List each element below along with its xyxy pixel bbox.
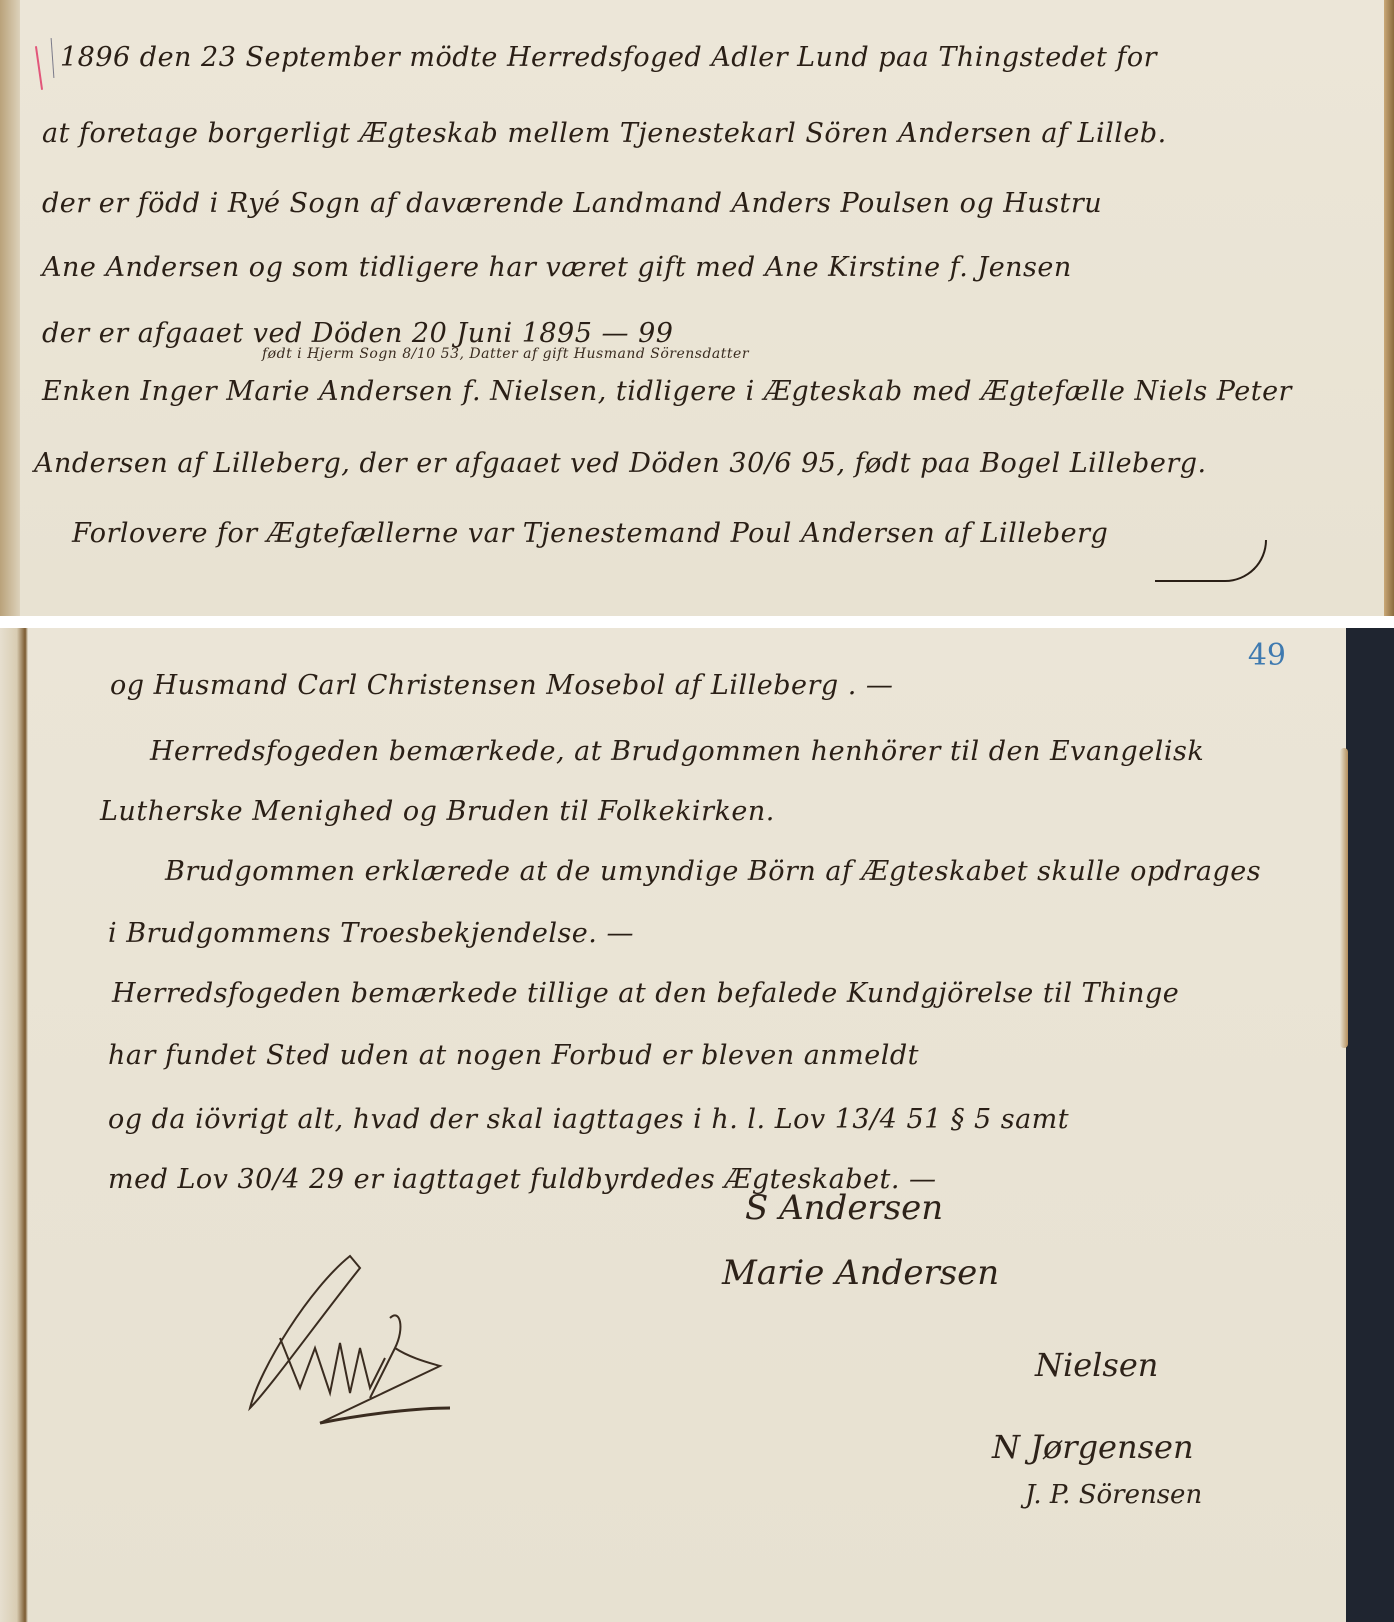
- text-line-13: i Brudgommens Troesbekjendelse. —: [108, 918, 634, 949]
- signature-witness-2: N Jørgensen: [992, 1428, 1194, 1466]
- text-line-9: og Husmand Carl Christensen Mosebol af L…: [110, 670, 893, 701]
- page-edge: [0, 0, 20, 616]
- text-line-5: der er afgaaet ved Döden 20 Juni 1895 — …: [42, 318, 673, 349]
- page-gutter: [0, 628, 28, 1622]
- text-line-3: der er född i Ryé Sogn af daværende Land…: [42, 188, 1102, 219]
- text-line-12: Brudgommen erklærede at de umyndige Börn…: [165, 856, 1261, 887]
- signature-bride: Marie Andersen: [722, 1253, 999, 1293]
- image-divider: [0, 616, 1394, 628]
- text-line-7: Andersen af Lilleberg, der er afgaaet ve…: [34, 448, 1207, 479]
- pencil-margin-mark: [51, 38, 55, 78]
- text-line-2: at foretage borgerligt Ægteskab mellem T…: [42, 118, 1167, 149]
- text-line-16: og da iövrigt alt, hvad der skal iagttag…: [108, 1104, 1069, 1135]
- official-signature-flourish: [220, 1248, 460, 1428]
- red-margin-mark: [35, 46, 43, 90]
- text-line-10: Herredsfogeden bemærkede, at Brudgommen …: [150, 736, 1204, 767]
- text-line-14: Herredsfogeden bemærkede tillige at den …: [112, 978, 1179, 1009]
- interlinear-note: født i Hjerm Sogn 8/10 53, Datter af gif…: [262, 346, 749, 362]
- text-line-11: Lutherske Menighed og Bruden til Folkeki…: [100, 796, 775, 827]
- top-register-page: 1896 den 23 September mödte Herredsfoged…: [0, 0, 1394, 616]
- signature-witness-3: J. P. Sörensen: [1025, 1480, 1202, 1510]
- page-number-stamp: 49: [1248, 638, 1286, 673]
- text-line-8: Forlovere for Ægtefællerne var Tjenestem…: [72, 518, 1108, 549]
- signature-witness-1: Nielsen: [1035, 1346, 1158, 1384]
- signature-groom: S Andersen: [745, 1188, 943, 1228]
- bottom-register-page: 49 og Husmand Carl Christensen Mosebol a…: [0, 628, 1394, 1622]
- text-line-6: Enken Inger Marie Andersen f. Nielsen, t…: [42, 376, 1292, 407]
- closing-flourish: [1155, 540, 1267, 582]
- text-line-1: 1896 den 23 September mödte Herredsfoged…: [60, 42, 1157, 73]
- text-line-4: Ane Andersen og som tidligere har været …: [42, 252, 1072, 283]
- book-cover-edge: [1346, 628, 1394, 1622]
- text-line-15: har fundet Sted uden at nogen Forbud er …: [108, 1040, 919, 1071]
